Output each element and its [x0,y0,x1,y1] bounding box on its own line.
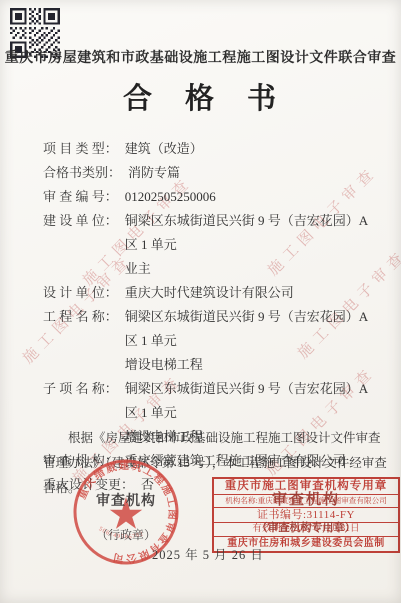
field-label: 审 查 编 号： [43,185,118,209]
agency-rect-stamp: 重庆市施工图审查机构专用章 机构名称:重庆缙葳建筑工程施工图审查有限公司 证书编… [212,477,400,553]
field-label: 项 目 类 型： [43,137,118,161]
field-value: 建筑（改造） [118,137,203,161]
field-project-name: 工 程 名 称： 铜梁区东城街道民兴街 9 号（吉宏花园）A 区 1 单元 增设… [43,305,375,377]
field-value-line2: 增设电梯工程 [125,353,375,377]
certificate-page: 重庆市房屋建筑和市政基础设施工程施工图设计文件联合审查 合 格 书 项 目 类 … [0,0,401,603]
field-label: 建 设 单 位： [43,209,118,281]
seal-overlay-sublabel: （行政章） [70,526,182,543]
field-value: 铜梁区东城街道民兴街 9 号（吉宏花园）A 区 1 单元 增设电梯工程 [118,305,375,377]
stamp-overlay-label: 审查机构 [214,488,398,509]
field-design-unit: 设 计 单 位： 重庆大时代建筑设计有限公司 [43,281,375,305]
field-label: 设 计 单 位： [43,281,118,305]
field-value: 铜梁区东城街道民兴街 9 号（吉宏花园）A 区 1 单元 业主 [118,209,375,281]
field-value-line1: 铜梁区东城街道民兴街 9 号（吉宏花园）A 区 1 单元 [125,209,375,257]
page-title: 重庆市房屋建筑和市政基础设施工程施工图设计文件联合审查 [0,47,401,67]
issue-date: 2025 年 5 月 26 日 [152,545,264,563]
field-value: 重庆大时代建筑设计有限公司 [118,281,294,305]
field-value-line1: 铜梁区东城街道民兴街 9 号（吉宏花园）A 区 1 单元 [125,305,375,353]
field-value-line2: 业主 [125,257,375,281]
field-certificate-category: 合格书类别： 消防专篇 [43,161,375,185]
field-review-number: 审 查 编 号： 01202505250006 [43,185,375,209]
stamp-overlay-sublabel: （审查机构专用章） [214,519,398,535]
field-label: 合格书类别： [43,161,121,185]
field-value: 消防专篇 [121,161,180,185]
certificate-title: 合 格 书 [0,76,401,117]
seal-overlay-label: 审查机构 [70,490,182,510]
field-label: 工 程 名 称： [43,305,118,377]
field-value-line1: 铜梁区东城街道民兴街 9 号（吉宏花园）A 区 1 单元 [125,377,375,425]
field-project-type: 项 目 类 型： 建筑（改造） [43,137,375,161]
field-value: 01202505250006 [118,185,216,209]
field-construction-unit: 建 设 单 位： 铜梁区东城街道民兴街 9 号（吉宏花园）A 区 1 单元 业主 [43,209,375,281]
